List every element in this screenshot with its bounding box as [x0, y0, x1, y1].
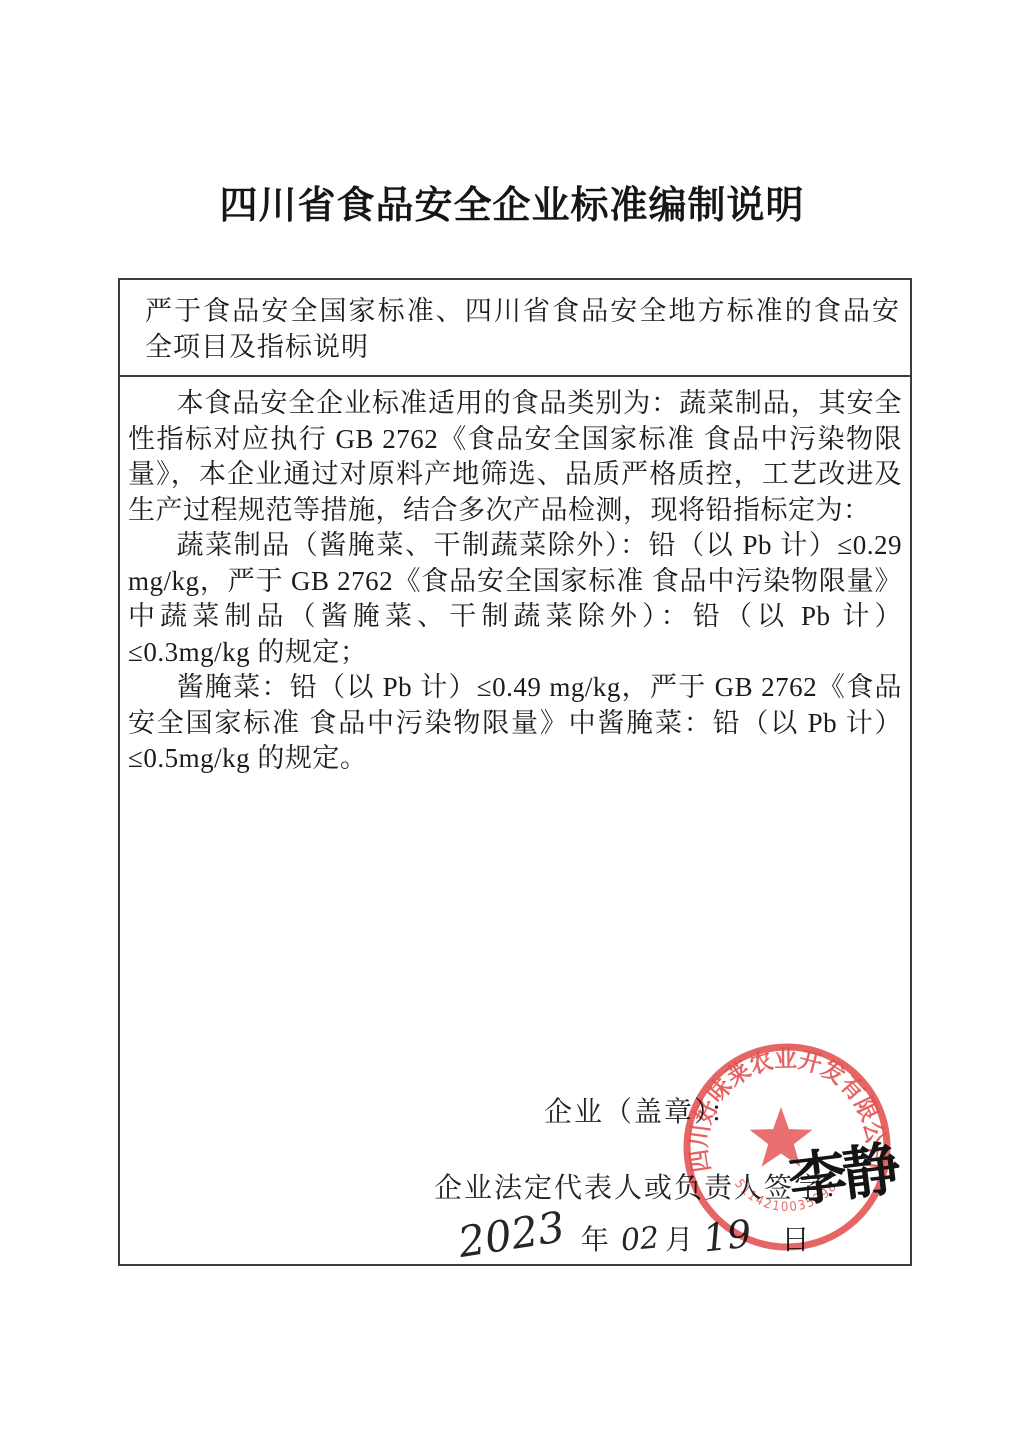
handwritten-signature: 李静 [783, 1122, 900, 1219]
handwritten-year: 2023 [455, 1202, 568, 1267]
body-paragraph-pickle-limit: 酱腌菜：铅（以 Pb 计）≤0.49 mg/kg，严于 GB 2762《食品安全… [128, 670, 902, 777]
body-paragraph-vegetable-limit: 蔬菜制品（酱腌菜、干制蔬菜除外）：铅（以 Pb 计）≤0.29 mg/kg，严于… [128, 528, 902, 670]
body-paragraph-scope: 本食品安全企业标准适用的食品类别为：蔬菜制品，其安全性指标对应执行 GB 276… [128, 386, 902, 528]
handwritten-month: 02 [619, 1220, 660, 1258]
table-header-cell: 严于食品安全国家标准、四川省食品安全地方标准的食品安全项目及指标说明 [120, 280, 910, 377]
document-title: 四川省食品安全企业标准编制说明 [0, 174, 1024, 229]
year-label: 年 [581, 1218, 611, 1258]
document-page: 四川省食品安全企业标准编制说明 严于食品安全国家标准、四川省食品安全地方标准的食… [0, 0, 1024, 1438]
